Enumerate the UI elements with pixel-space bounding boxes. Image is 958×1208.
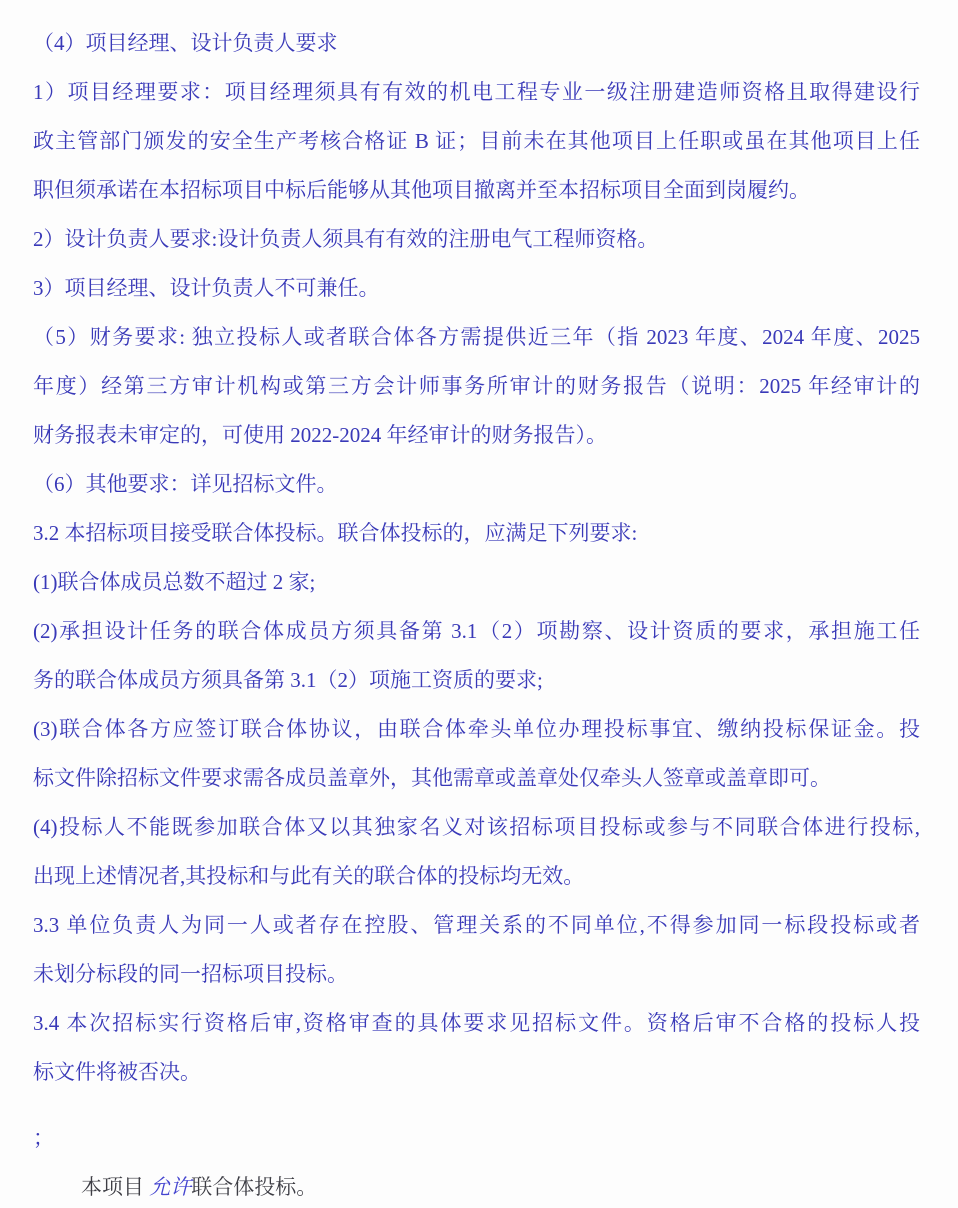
text-line: 3）项目经理、设计负责人不可兼任。: [33, 264, 920, 313]
text-line: 未划分标段的同一招标项目投标。: [33, 950, 920, 999]
text-line: 3.2 本招标项目接受联合体投标。联合体投标的，应满足下列要求:: [33, 509, 920, 558]
text-line: (3)联合体各方应签订联合体协议，由联合体牵头单位办理投标事宜、缴纳投标保证金。…: [33, 705, 920, 754]
plain-text-segment: 本项目: [81, 1175, 149, 1199]
plain-text-segment: 联合体投标。: [191, 1175, 317, 1199]
text-line: 出现上述情况者,其投标和与此有关的联合体的投标均无效。: [33, 852, 920, 901]
text-line: 3.3 单位负责人为同一人或者存在控股、管理关系的不同单位,不得参加同一标段投标…: [33, 901, 920, 950]
emphasis-allowed-text: 允许: [149, 1175, 191, 1199]
text-line: ；: [33, 1114, 920, 1163]
document-body: （4）项目经理、设计负责人要求1）项目经理要求：项目经理须具有有效的机电工程专业…: [33, 19, 920, 1208]
text-line: (2)承担设计任务的联合体成员方须具备第 3.1（2）项勘察、设计资质的要求，承…: [33, 607, 920, 656]
text-line: 务的联合体成员方须具备第 3.1（2）项施工资质的要求;: [33, 656, 920, 705]
text-line: 本项目 允许联合体投标。: [33, 1163, 920, 1208]
text-line: 职但须承诺在本招标项目中标后能够从其他项目撤离并至本招标项目全面到岗履约。: [33, 166, 920, 215]
text-line: 政主管部门颁发的安全生产考核合格证 B 证；目前未在其他项目上任职或虽在其他项目…: [33, 117, 920, 166]
text-line: 标文件将被否决。: [33, 1048, 920, 1097]
tender-document-page: （4）项目经理、设计负责人要求1）项目经理要求：项目经理须具有有效的机电工程专业…: [0, 0, 958, 1208]
text-line: （6）其他要求：详见招标文件。: [33, 460, 920, 509]
text-line: (4)投标人不能既参加联合体又以其独家名义对该招标项目投标或参与不同联合体进行投…: [33, 803, 920, 852]
text-line: 1）项目经理要求：项目经理须具有有效的机电工程专业一级注册建造师资格且取得建设行: [33, 68, 920, 117]
text-line: 年度）经第三方审计机构或第三方会计师事务所审计的财务报告（说明：2025 年经审…: [33, 362, 920, 411]
text-line: 3.4 本次招标实行资格后审,资格审查的具体要求见招标文件。资格后审不合格的投标…: [33, 999, 920, 1048]
text-line: (1)联合体成员总数不超过 2 家;: [33, 558, 920, 607]
text-line: 财务报表未审定的，可使用 2022-2024 年经审计的财务报告）。: [33, 411, 920, 460]
text-line: （5）财务要求: 独立投标人或者联合体各方需提供近三年（指 2023 年度、20…: [33, 313, 920, 362]
text-line: 2）设计负责人要求:设计负责人须具有有效的注册电气工程师资格。: [33, 215, 920, 264]
text-line: 标文件除招标文件要求需各成员盖章外，其他需章或盖章处仅牵头人签章或盖章即可。: [33, 754, 920, 803]
text-line: （4）项目经理、设计负责人要求: [33, 19, 920, 68]
